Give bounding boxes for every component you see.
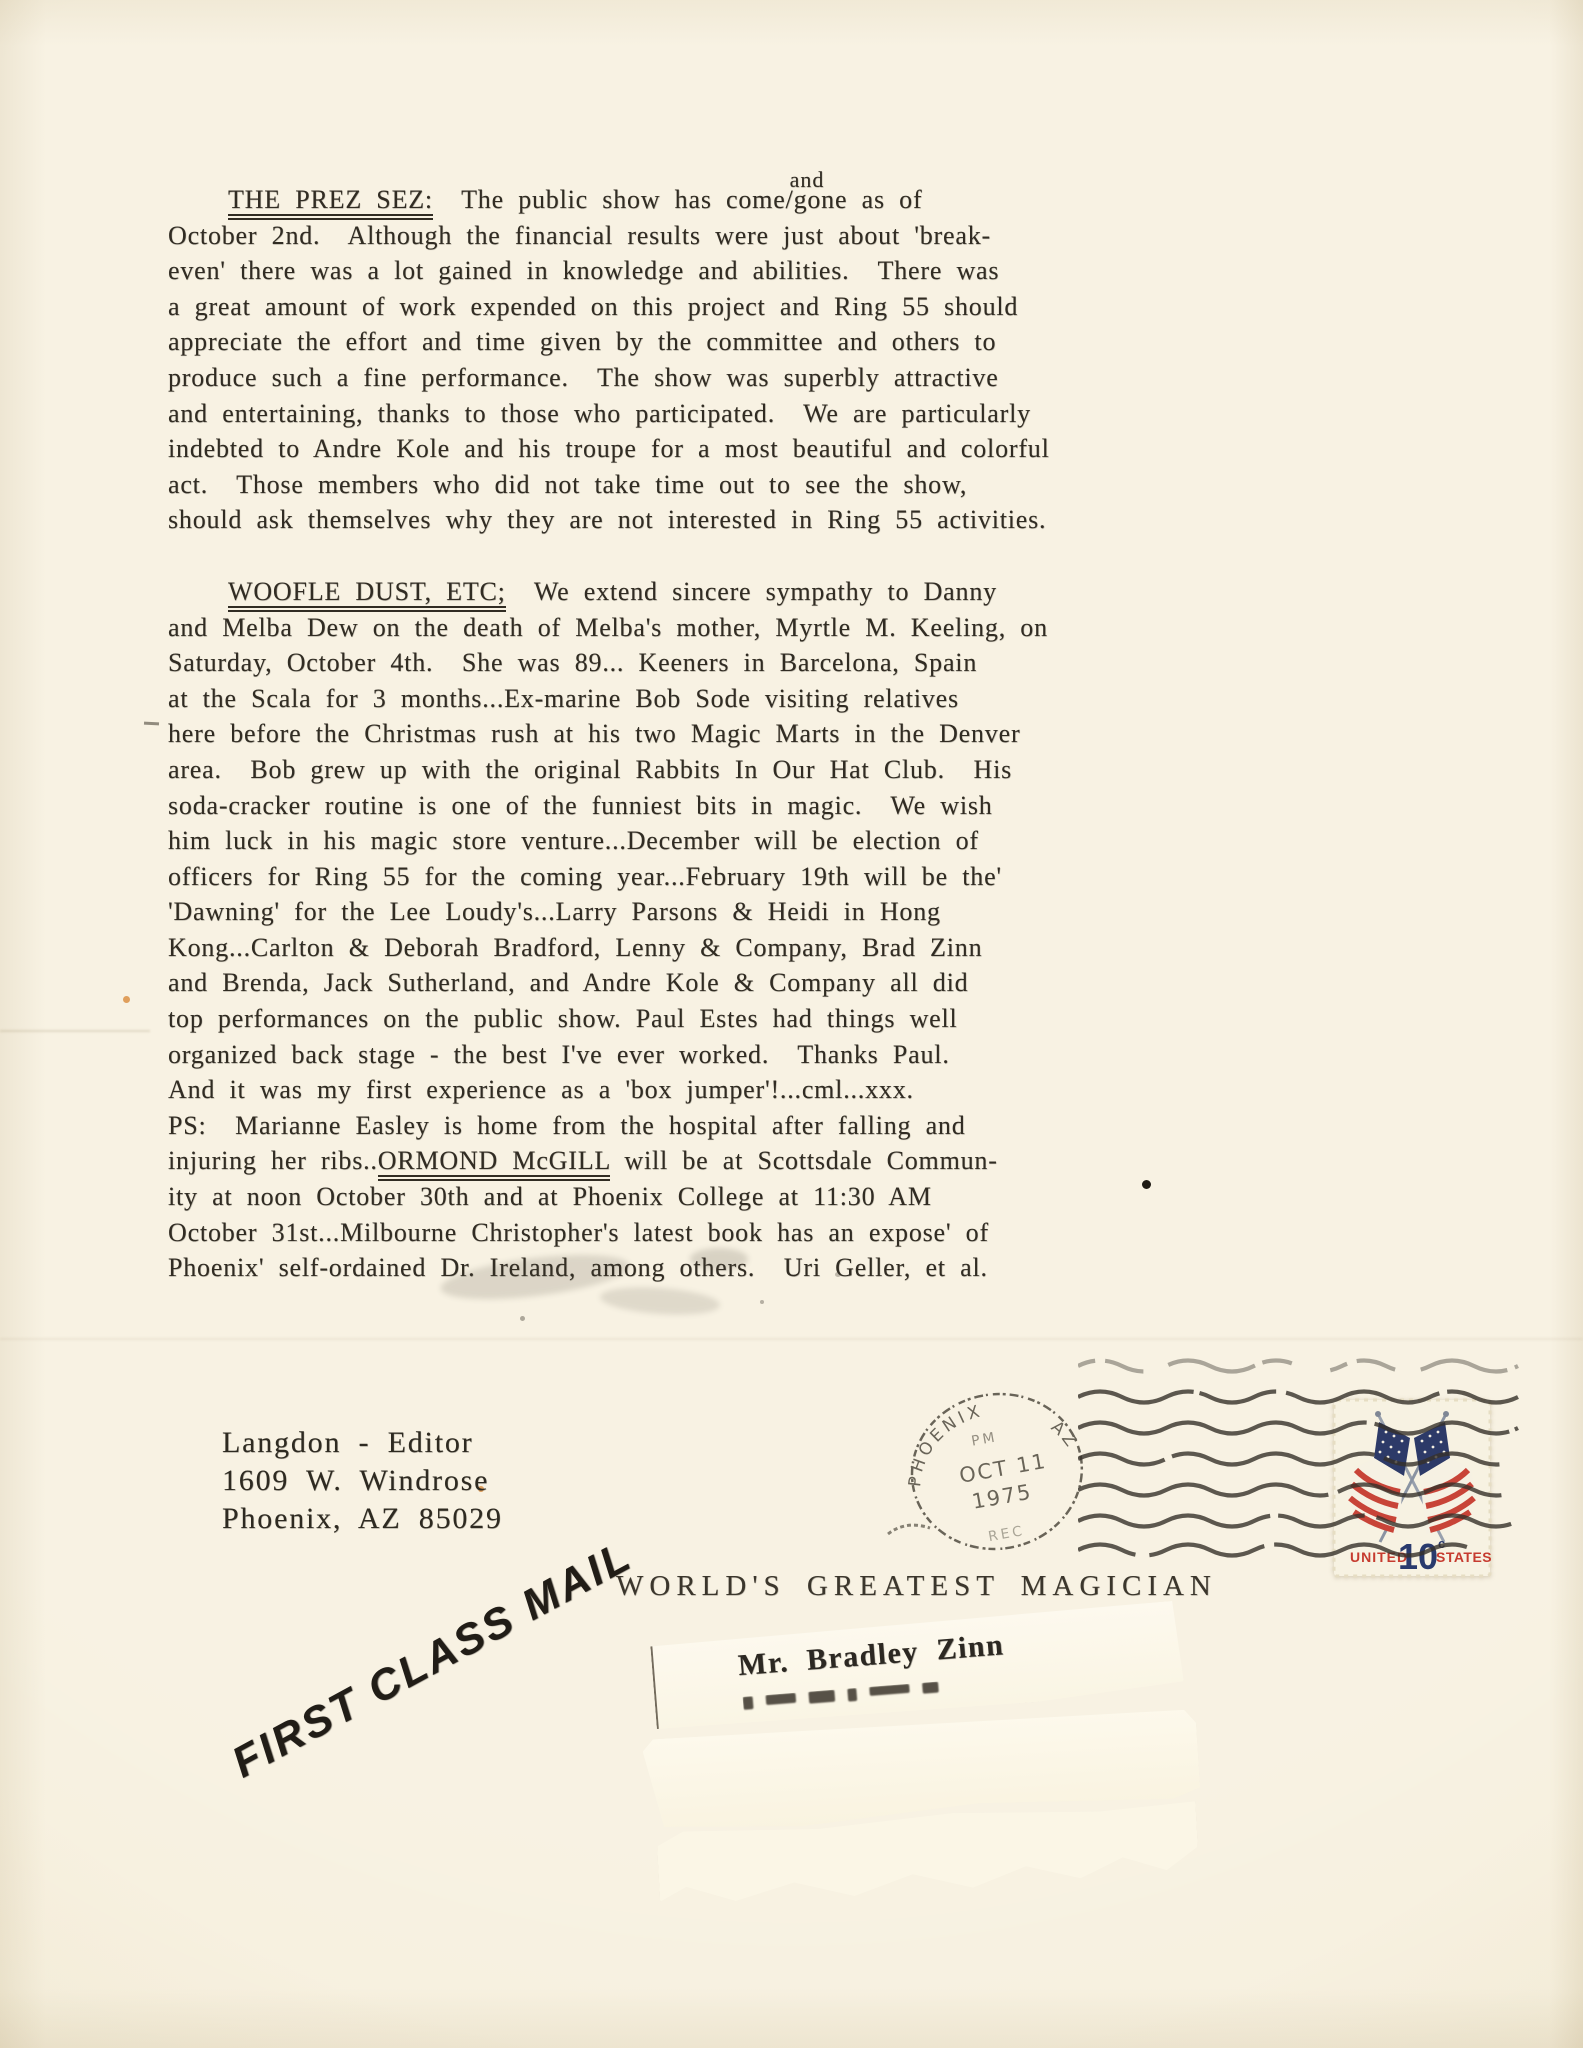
return-address-line: Langdon - Editor [222, 1424, 503, 1462]
text-segment: and Brenda, Jack Sutherland, and Andre K… [168, 968, 968, 997]
ink-smudge [599, 1284, 721, 1318]
text-segment: October 2nd. Although the financial resu… [168, 221, 991, 250]
postmark-smear-arc [886, 1518, 932, 1540]
postmark-date: OCT 11 [957, 1449, 1048, 1488]
text-segment: Saturday, October 4th. She was 89... Kee… [168, 648, 977, 677]
return-address: Langdon - Editor 1609 W. Windrose Phoeni… [222, 1424, 503, 1538]
text-line: appreciate the effort and time given by … [168, 324, 1153, 360]
return-address-line: 1609 W. Windrose [222, 1462, 503, 1500]
text-segment: here before the Christmas rush at his tw… [168, 719, 1020, 748]
scanned-newsletter-page: THE PREZ SEZ: The public show has come/a… [0, 0, 1583, 2048]
text-line: officers for Ring 55 for the coming year… [168, 859, 1153, 895]
text-line: October 31st...Milbourne Christopher's l… [168, 1215, 1153, 1251]
text-segment: should ask themselves why they are not i… [168, 505, 1046, 534]
text-segment: soda-cracker routine is one of the funni… [168, 791, 993, 820]
text-segment: appreciate the effort and time given by … [168, 327, 996, 356]
text-segment: Kong...Carlton & Deborah Bradford, Lenny… [168, 933, 982, 962]
text-segment: top performances on the public show. Pau… [168, 1004, 958, 1033]
text-line: And it was my first experience as a 'box… [168, 1072, 1153, 1108]
text-segment: ity at noon October 30th and at Phoenix … [168, 1182, 932, 1211]
cancellation-lines-icon [1078, 1352, 1520, 1564]
paper-stain-dot [123, 996, 130, 1003]
text-segment: him luck in his magic store venture...De… [168, 826, 979, 855]
recipient-address-clipped [743, 1681, 949, 1713]
text-line: produce such a fine performance. The sho… [168, 360, 1153, 396]
text-segment: officers for Ring 55 for the coming year… [168, 862, 1002, 891]
slogan-text: WORLD'S GREATEST MAGICIAN [616, 1570, 1217, 1603]
underlined-text: ORMOND McGILL [378, 1146, 610, 1181]
text-segment: Phoenix' self-ordained Dr. Ireland, amon… [168, 1253, 988, 1282]
text-segment: at the Scala for 3 months...Ex-marine Bo… [168, 684, 959, 713]
underlined-text: THE PREZ SEZ: [228, 185, 433, 220]
text-segment: injuring her ribs.. [168, 1146, 378, 1175]
text-segment: 'Dawning' for the Lee Loudy's...Larry Pa… [168, 897, 941, 926]
text-line: October 2nd. Although the financial resu… [168, 218, 1153, 254]
paper-crease [0, 1030, 150, 1032]
text-line: ity at noon October 30th and at Phoenix … [168, 1179, 1153, 1215]
text-segment: area. Bob grew up with the original Rabb… [168, 755, 1012, 784]
text-segment: PS: Marianne Easley is home from the hos… [168, 1111, 966, 1140]
text-line: and Brenda, Jack Sutherland, and Andre K… [168, 965, 1153, 1001]
text-segment: act. Those members who did not take time… [168, 470, 967, 499]
postmark-circle-icon: PHOENIX AZ PM OCT 11 1975 REC [884, 1364, 1111, 1580]
text-segment: organized back stage - the best I've eve… [168, 1040, 950, 1069]
text-segment: And it was my first experience as a 'box… [168, 1075, 914, 1104]
text-line: even' there was a lot gained in knowledg… [168, 253, 1153, 289]
first-class-mail-stamp: FIRST CLASS MAIL [224, 1532, 640, 1788]
postmark-meridiem: PM [970, 1429, 999, 1449]
text-segment: will be at Scottsdale Commun- [610, 1146, 998, 1175]
text-line: and Melba Dew on the death of Melba's mo… [168, 610, 1153, 646]
text-line: a great amount of work expended on this … [168, 289, 1153, 325]
paper-crease [0, 1338, 1583, 1340]
text-line: area. Bob grew up with the original Rabb… [168, 752, 1153, 788]
text-segment: and entertaining, thanks to those who pa… [168, 399, 1031, 428]
text-line: indebted to Andre Kole and his troupe fo… [168, 431, 1153, 467]
ink-speck [760, 1300, 764, 1304]
text-line: top performances on the public show. Pau… [168, 1001, 1153, 1037]
text-segment: even' there was a lot gained in knowledg… [168, 256, 999, 285]
text-line: soda-cracker routine is one of the funni… [168, 788, 1153, 824]
letter-body: THE PREZ SEZ: The public show has come/a… [168, 182, 1153, 1286]
text-line: at the Scala for 3 months...Ex-marine Bo… [168, 681, 1153, 717]
stray-dash-mark [144, 722, 159, 726]
inserted-word-above: and [790, 162, 825, 198]
return-address-line: Phoenix, AZ 85029 [222, 1500, 503, 1538]
recipient-name: Mr. Bradley Zinn [737, 1628, 1006, 1683]
text-line: Kong...Carlton & Deborah Bradford, Lenny… [168, 930, 1153, 966]
text-line: organized back stage - the best I've eve… [168, 1037, 1153, 1073]
text-segment: indebted to Andre Kole and his troupe fo… [168, 434, 1050, 463]
postmark-year: 1975 [970, 1480, 1034, 1514]
text-line: act. Those members who did not take time… [168, 467, 1153, 503]
text-segment: produce such a fine performance. The sho… [168, 363, 999, 392]
text-line: 'Dawning' for the Lee Loudy's...Larry Pa… [168, 894, 1153, 930]
text-line: THE PREZ SEZ: The public show has come/a… [168, 182, 1153, 218]
text-line: him luck in his magic store venture...De… [168, 823, 1153, 859]
text-line: PS: Marianne Easley is home from the hos… [168, 1108, 1153, 1144]
text-line: Phoenix' self-ordained Dr. Ireland, amon… [168, 1250, 1153, 1286]
text-segment: a great amount of work expended on this … [168, 292, 1018, 321]
underlined-text: WOOFLE DUST, ETC; [228, 577, 506, 612]
postmark-bottom-text: REC [987, 1523, 1026, 1545]
text-line: injuring her ribs..ORMOND McGILL will be… [168, 1143, 1153, 1179]
ink-speck [520, 1316, 525, 1321]
text-line: WOOFLE DUST, ETC; We extend sincere symp… [168, 574, 1153, 610]
paragraph-prez-sez: THE PREZ SEZ: The public show has come/a… [168, 182, 1153, 538]
text-segment: The public show has come/ [433, 185, 794, 214]
text-segment: We extend sincere sympathy to Danny [506, 577, 997, 606]
text-segment: October 31st...Milbourne Christopher's l… [168, 1218, 989, 1247]
text-segment: andgone as of [794, 185, 923, 214]
mailing-label: Mr. Bradley Zinn [650, 1600, 1184, 1731]
text-line: should ask themselves why they are not i… [168, 502, 1153, 538]
text-line: and entertaining, thanks to those who pa… [168, 396, 1153, 432]
paragraph-woofle-dust: WOOFLE DUST, ETC; We extend sincere symp… [168, 574, 1153, 1286]
text-segment: and Melba Dew on the death of Melba's mo… [168, 613, 1048, 642]
text-line: here before the Christmas rush at his tw… [168, 716, 1153, 752]
text-line: Saturday, October 4th. She was 89... Kee… [168, 645, 1153, 681]
